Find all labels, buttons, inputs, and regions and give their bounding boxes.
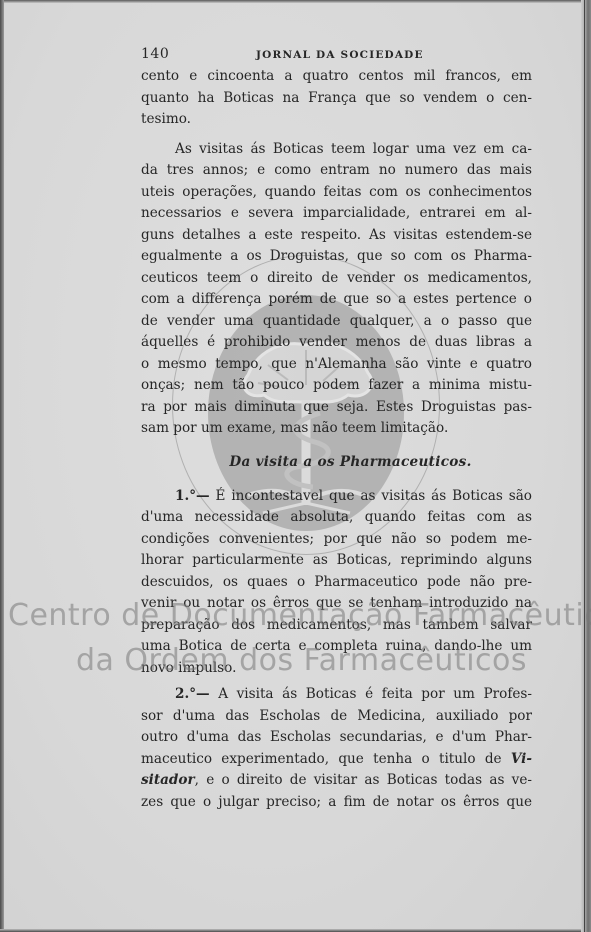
text-line: tesimo. (141, 109, 532, 131)
paragraph-visitas: As visitas ás Boticas teem logar uma vez… (141, 139, 532, 440)
text-line: lhorar particularmente as Boticas, repri… (141, 550, 532, 572)
running-head: 140 JORNAL DA SOCIEDADE (141, 44, 532, 66)
text-line: da tres annos; e como entram no numero d… (141, 160, 532, 182)
text-line: sor d'uma das Escholas de Medicina, auxi… (141, 706, 532, 728)
text-line: ceuticos teem o direito de vender os med… (141, 268, 532, 290)
text-line: outro d'uma das Escholas secundarias, e … (141, 727, 532, 749)
text-line: sam por um exame, mas não teem limitação… (141, 418, 532, 440)
italic-term: sitador (141, 772, 195, 788)
text-line: ra por mais diminuta que seja. Estes Dro… (141, 397, 532, 419)
paragraph-continuation: cento e cincoenta a quatro centos mil fr… (141, 66, 532, 131)
item-2: 2.°— A visita ás Boticas é feita por um … (141, 684, 532, 813)
text-line: o mesmo tempo, que n'Alemanha são vinte … (141, 354, 532, 376)
text-line: áquelles é prohibido vender menos de dua… (141, 332, 532, 354)
text-line: descuidos, os quaes o Pharmaceutico pode… (141, 572, 532, 594)
text-line: sitador, e o direito de visitar as Botic… (141, 770, 532, 792)
text-line: venir ou notar os êrros que se tenham in… (141, 593, 532, 615)
book-gutter (581, 0, 591, 932)
text-span: maceutico experimentado, que tenha o tit… (141, 751, 502, 767)
italic-term: Vi- (511, 751, 532, 767)
text-span: , e o direito de visitar as Boticas toda… (195, 772, 532, 788)
text-line: condições convenientes; por que não so p… (141, 529, 532, 551)
text-line: guns detalhes a este respeito. As visita… (141, 225, 532, 247)
text-line: uteis operações, quando feitas com os co… (141, 182, 532, 204)
page-number: 140 (141, 44, 169, 66)
scanned-page: 140 JORNAL DA SOCIEDADE cento e cincoent… (0, 0, 591, 932)
text-span: A visita ás Boticas é feita por um Profe… (218, 686, 532, 702)
scan-edge-top (0, 0, 591, 3)
text-line: onças; nem tão pouco podem fazer a minim… (141, 375, 532, 397)
item-number: 1.°— (175, 488, 210, 504)
text-line: novo impulso. (141, 658, 532, 680)
text-line: As visitas ás Boticas teem logar uma vez… (141, 139, 532, 161)
text-line: com a differença porém de que so a estes… (141, 289, 532, 311)
text-line: quanto ha Boticas na França que so vende… (141, 88, 532, 110)
text-line: 2.°— A visita ás Boticas é feita por um … (141, 684, 532, 706)
text-line: 1.°— É incontestavel que as visitas ás B… (141, 486, 532, 508)
journal-title: JORNAL DA SOCIEDADE (256, 45, 424, 67)
gutter-line (584, 0, 585, 932)
text-line: zes que o julgar preciso; a fim de notar… (141, 792, 532, 814)
item-1: 1.°— É incontestavel que as visitas ás B… (141, 486, 532, 680)
text-line: uma Botica de certa e completa ruina, da… (141, 636, 532, 658)
item-number: 2.°— (175, 686, 210, 702)
scan-edge-left (0, 0, 4, 932)
text-line: maceutico experimentado, que tenha o tit… (141, 749, 532, 771)
text-line: egualmente a os Droguistas, que so com o… (141, 246, 532, 268)
text-span: É incontestavel que as visitas ás Botica… (216, 488, 533, 504)
page-content: 140 JORNAL DA SOCIEDADE cento e cincoent… (141, 44, 532, 813)
text-line: cento e cincoenta a quatro centos mil fr… (141, 66, 532, 88)
text-line: necessarios e severa imparcialidade, ent… (141, 203, 532, 225)
text-line: de vender uma quantidade qualquer, a o p… (141, 311, 532, 333)
text-line: d'uma necessidade absoluta, quando feita… (141, 507, 532, 529)
text-line: preparação dos medicamentos, mas tambem … (141, 615, 532, 637)
section-title: Da visita a os Pharmaceuticos. (141, 452, 532, 476)
